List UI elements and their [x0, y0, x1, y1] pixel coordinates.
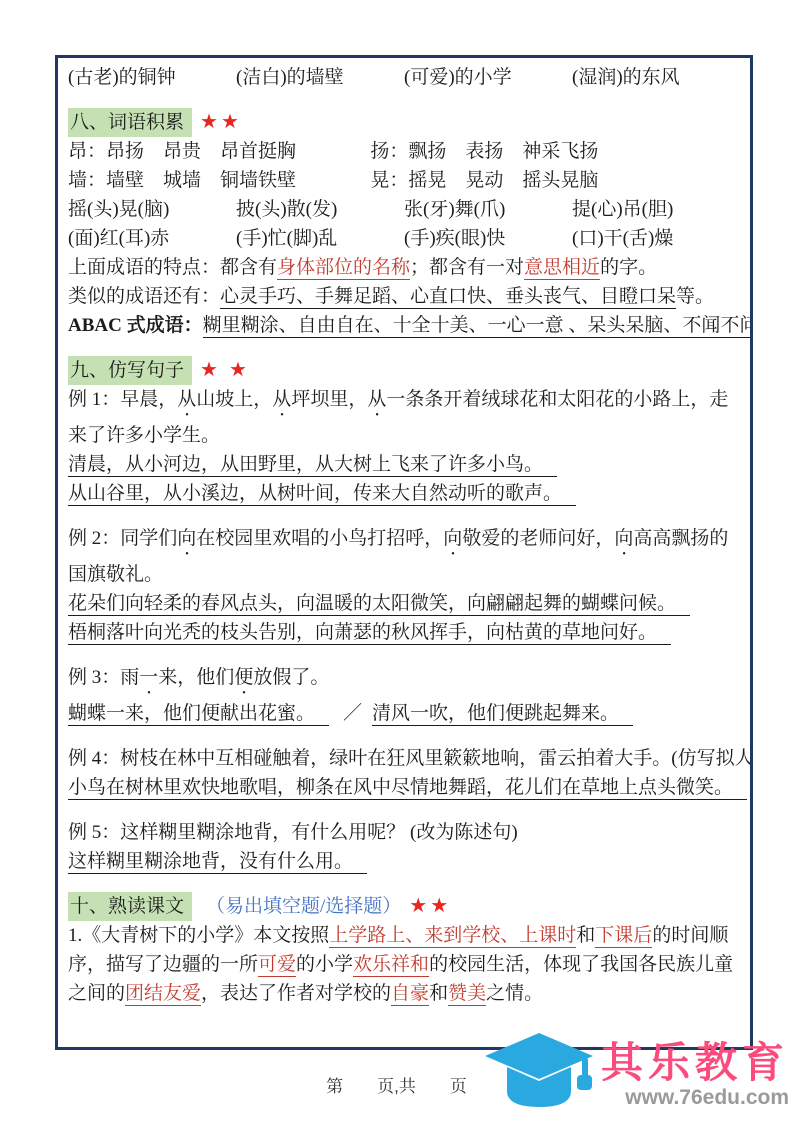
brand-logo: 其乐教育 www.76edu.com: [483, 1031, 789, 1120]
difficulty-stars: ★★: [409, 895, 451, 917]
brand-url: www.76edu.com: [625, 1085, 789, 1111]
page-number-label: 第 页,共 页: [326, 1077, 467, 1096]
section-10-heading: 十、熟读课文（易出填空题/选择题）★★: [68, 892, 740, 921]
idiom: 摇(头)晃(脑): [68, 195, 236, 224]
similar-answer: 心灵手巧、手舞足蹈、心直口快、垂头丧气、目瞪口呆: [220, 286, 676, 309]
question-text: 例 4：树枝在林中互相碰触着，绿叶在狂风里簌簌地响，雷云拍着大手。(仿写拟人句): [68, 748, 753, 769]
word-group: 昂：昂扬 昂贵 昂首挺胸: [68, 137, 370, 166]
difficulty-stars: ★ ★: [200, 359, 250, 381]
answer-sentence: 清晨，从小河边，从田野里，从大树上飞来了许多小鸟。: [68, 454, 557, 477]
similar-label: 类似的成语还有：: [68, 286, 220, 307]
answer-sentence: 清风一吹，他们便跳起舞来。: [372, 703, 633, 726]
abac-idioms-line: ABAC 式成语：糊里糊涂、自由自在、十全十美、一心一意 、呆头呆脑、不闻不问: [68, 311, 740, 340]
word-group-row: 昂：昂扬 昂贵 昂首挺胸 扬：飘扬 表扬 神采飞扬: [68, 137, 740, 166]
question-text: 敬爱的老师问好，: [462, 528, 614, 549]
emphasized-word: 向: [177, 528, 196, 549]
example-4-answer: 小鸟在树林里欢快地歌唱，柳条在风中尽情地舞蹈，花儿们在草地上点头微笑。: [68, 773, 740, 802]
example-2-answer: 花朵们向轻柔的春风点头，向温暖的太阳微笑，向翩翩起舞的蝴蝶问候。: [68, 589, 740, 618]
section-9-heading: 九、仿写句子★ ★: [68, 356, 740, 385]
emphasized-word: 从: [177, 389, 196, 410]
abac-answer: 糊里糊涂、自由自在、十全十美、一心一意 、呆头呆脑、不闻不问: [203, 315, 753, 338]
answer-sentence: 从山谷里，从小溪边，从树叶间，传来大自然动听的歌声。: [68, 483, 576, 506]
feature-text: 上面成语的特点：都含有: [68, 257, 277, 278]
question-text: 坪坝里，: [291, 389, 367, 410]
similar-idioms-line: 类似的成语还有：心灵手巧、手舞足蹈、心直口快、垂头丧气、目瞪口呆等。: [68, 282, 740, 311]
summary-answer: 自豪: [391, 983, 429, 1006]
question-text: 在校园里欢唱的小鸟打招呼，: [196, 528, 443, 549]
content-border-box: (古老)的铜钟 (洁白)的墙壁 (可爱)的小学 (湿润)的东风 八、词语积累★★…: [55, 55, 753, 1050]
summary-answer: 下课后: [595, 925, 652, 948]
example-1-answer: 清晨，从小河边，从田野里，从大树上飞来了许多小鸟。: [68, 450, 740, 479]
section-8-title: 八、词语积累: [68, 108, 192, 137]
idiom: (手)疾(眼)快: [404, 224, 572, 253]
similar-tail: 等。: [676, 286, 714, 307]
question-text: 例 2：同学们: [68, 528, 177, 549]
summary-text: 和: [429, 983, 448, 1004]
emphasized-word: 从: [367, 389, 386, 410]
question-text: 来，他们: [158, 667, 234, 688]
word-phrase: (可爱)的小学: [404, 63, 572, 92]
example-5-answer: 这样糊里糊涂地背，没有什么用。: [68, 847, 740, 876]
idiom-feature-line: 上面成语的特点：都含有身体部位的名称；都含有一对意思相近的字。: [68, 253, 740, 282]
word-phrases-row: (古老)的铜钟 (洁白)的墙壁 (可爱)的小学 (湿润)的东风: [68, 63, 740, 92]
summary-answer: 欢乐祥和: [353, 954, 429, 977]
difficulty-stars: ★★: [200, 111, 242, 133]
answer-sentence: 梧桐落叶向光秃的枝头告别，向萧瑟的秋风挥手，向枯黄的草地问好。: [68, 622, 671, 645]
idiom: (面)红(耳)赤: [68, 224, 236, 253]
question-type-hint: （易出填空题/选择题）: [206, 896, 401, 917]
example-1-question: 例 1：早晨，从山坡上，从坪坝里，从一条条开着绒球花和太阳花的小路上，走来了许多…: [68, 385, 740, 450]
summary-text: 之情。: [486, 983, 543, 1004]
feature-answer: 意思相近: [524, 257, 600, 280]
word-group: 扬：飘扬 表扬 神采飞扬: [370, 137, 740, 166]
example-3-answer: 蝴蝶一来，他们便献出花蜜。／清风一吹，他们便跳起舞来。: [68, 699, 740, 728]
answer-sentence: 蝴蝶一来，他们便献出花蜜。: [68, 703, 329, 726]
emphasized-word: 从: [272, 389, 291, 410]
section-10-title: 十、熟读课文: [68, 892, 192, 921]
idiom: (口)干(舌)燥: [572, 224, 740, 253]
idiom: 提(心)吊(胆): [572, 195, 740, 224]
example-4-question: 例 4：树枝在林中互相碰触着，绿叶在狂风里簌簌地响，雷云拍着大手。(仿写拟人句): [68, 744, 740, 773]
question-text: 山坡上，: [196, 389, 272, 410]
idiom-row: 摇(头)晃(脑) 披(头)散(发) 张(牙)舞(爪) 提(心)吊(胆): [68, 195, 740, 224]
example-1-answer: 从山谷里，从小溪边，从树叶间，传来大自然动听的歌声。: [68, 479, 740, 508]
idiom: 张(牙)舞(爪): [404, 195, 572, 224]
question-text: 例 5：这样糊里糊涂地背，有什么用呢？ (改为陈述句): [68, 822, 518, 843]
word-group: 墙：墙壁 城墙 铜墙铁壁: [68, 166, 370, 195]
feature-text: 的字。: [600, 257, 657, 278]
feature-text: ；都含有一对: [410, 257, 524, 278]
emphasized-word: 向: [614, 528, 633, 549]
example-3-question: 例 3：雨一来，他们便放假了。: [68, 663, 740, 699]
word-phrase: (古老)的铜钟: [68, 63, 236, 92]
section-8-heading: 八、词语积累★★: [68, 108, 740, 137]
idiom-row: (面)红(耳)赤 (手)忙(脚)乱 (手)疾(眼)快 (口)干(舌)燥: [68, 224, 740, 253]
answer-sentence: 花朵们向轻柔的春风点头，向温暖的太阳微笑，向翩翩起舞的蝴蝶问候。: [68, 593, 690, 616]
section-9-title: 九、仿写句子: [68, 356, 192, 385]
idiom: 披(头)散(发): [236, 195, 404, 224]
summary-text: ，表达了作者对学校的: [201, 983, 391, 1004]
emphasized-word: 便: [234, 667, 253, 688]
worksheet-page: (古老)的铜钟 (洁白)的墙壁 (可爱)的小学 (湿润)的东风 八、词语积累★★…: [0, 0, 793, 1122]
emphasized-word: 向: [443, 528, 462, 549]
question-text: 放假了。: [253, 667, 329, 688]
question-text: 例 1：早晨，: [68, 389, 177, 410]
emphasized-word: 一: [139, 667, 158, 688]
word-phrase: (湿润)的东风: [572, 63, 740, 92]
answer-sentence: 小鸟在树林里欢快地歌唱，柳条在风中尽情地舞蹈，花儿们在草地上点头微笑。: [68, 777, 747, 800]
summary-text: 1.《大青树下的小学》本文按照: [68, 925, 329, 946]
feature-answer: 身体部位的名称: [277, 257, 410, 280]
answer-sentence: 这样糊里糊涂地背，没有什么用。: [68, 851, 367, 874]
word-phrase: (洁白)的墙壁: [236, 63, 404, 92]
summary-text: 的小学: [296, 954, 353, 975]
summary-answer: 赞美: [448, 983, 486, 1006]
brand-text-block: 其乐教育 www.76edu.com: [601, 1041, 789, 1111]
lesson-summary-paragraph: 1.《大青树下的小学》本文按照上学路上、来到学校、上课时和下课后的时间顺序，描写…: [68, 921, 740, 1008]
summary-text: 和: [576, 925, 595, 946]
graduation-cap-icon: [483, 1031, 595, 1120]
word-group-row: 墙：墙壁 城墙 铜墙铁壁 晃：摇晃 晃动 摇头晃脑: [68, 166, 740, 195]
summary-answer: 上学路上、来到学校、上课时: [329, 925, 576, 948]
answer-separator: ／: [343, 703, 362, 724]
example-5-question: 例 5：这样糊里糊涂地背，有什么用呢？ (改为陈述句): [68, 818, 740, 847]
summary-answer: 可爱: [258, 954, 296, 977]
abac-label: ABAC 式成语：: [68, 315, 203, 336]
example-2-question: 例 2：同学们向在校园里欢唱的小鸟打招呼，向敬爱的老师问好，向高高飘扬的国旗敬礼…: [68, 524, 740, 589]
brand-name: 其乐教育: [601, 1041, 789, 1085]
example-2-answer: 梧桐落叶向光秃的枝头告别，向萧瑟的秋风挥手，向枯黄的草地问好。: [68, 618, 740, 647]
idiom: (手)忙(脚)乱: [236, 224, 404, 253]
word-group: 晃：摇晃 晃动 摇头晃脑: [370, 166, 740, 195]
question-text: 例 3：雨: [68, 667, 139, 688]
summary-answer: 团结友爱: [125, 983, 201, 1006]
